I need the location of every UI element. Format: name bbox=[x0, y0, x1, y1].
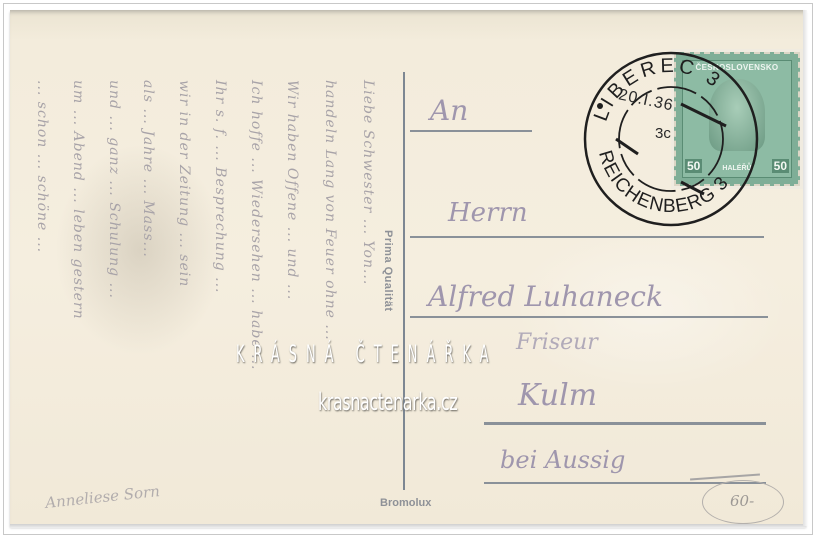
message-line: wir in der Zeitung ... sein bbox=[174, 80, 192, 520]
message-line: Liebe Schwester ... Yon... bbox=[358, 80, 376, 520]
message-line: handeln Lang von Feuer ohne ... bbox=[320, 80, 338, 520]
address-region: bei Aussig bbox=[500, 446, 625, 474]
message-line: Ich hoffe ... Wiedersehen ... habe ... bbox=[246, 80, 264, 520]
address-line bbox=[410, 316, 768, 318]
postcard-edge bbox=[10, 524, 806, 528]
address-profession: Friseur bbox=[516, 330, 598, 355]
pencil-price: 60- bbox=[730, 492, 754, 510]
message-line: Ihr s. f. ... Besprechung ... bbox=[210, 80, 228, 520]
message-line: als ... Jahre ... Mass... bbox=[138, 80, 156, 520]
address-line bbox=[410, 236, 764, 238]
watermark-url: krasnactenarka.cz bbox=[318, 388, 457, 416]
address-line bbox=[410, 130, 532, 132]
message-line: und ... ganz ... Schulung ... bbox=[104, 80, 122, 520]
address-town: Kulm bbox=[518, 378, 597, 413]
message-line: Wir haben Offene ... und ... bbox=[282, 80, 300, 520]
divider-line bbox=[403, 72, 405, 490]
address-name: Alfred Luhaneck bbox=[428, 280, 663, 313]
handwritten-message: Liebe Schwester ... Yon... handeln Lang … bbox=[20, 60, 390, 520]
postmark-city-german: REICHENBERG 3 bbox=[594, 148, 733, 217]
address-line bbox=[484, 422, 766, 425]
postmark-code: 3c bbox=[655, 125, 671, 142]
address-title: Herrn bbox=[448, 198, 528, 228]
printed-brand-text: Prima Qualität bbox=[382, 230, 394, 312]
message-line: um ... Abend ... leben gestern bbox=[68, 80, 86, 520]
watermark-title: KRÁSNÁ ČTENÁŘKA bbox=[236, 340, 497, 368]
message-line: ... schon ... schöne ... bbox=[32, 80, 50, 520]
publisher-text: Bromolux bbox=[380, 497, 431, 509]
stamp-value: 50 bbox=[772, 159, 789, 173]
postcard-edge bbox=[803, 10, 807, 526]
address-salutation: An bbox=[430, 94, 468, 127]
postmark: LIBEREC 3 REICHENBERG 3 bbox=[576, 44, 766, 234]
